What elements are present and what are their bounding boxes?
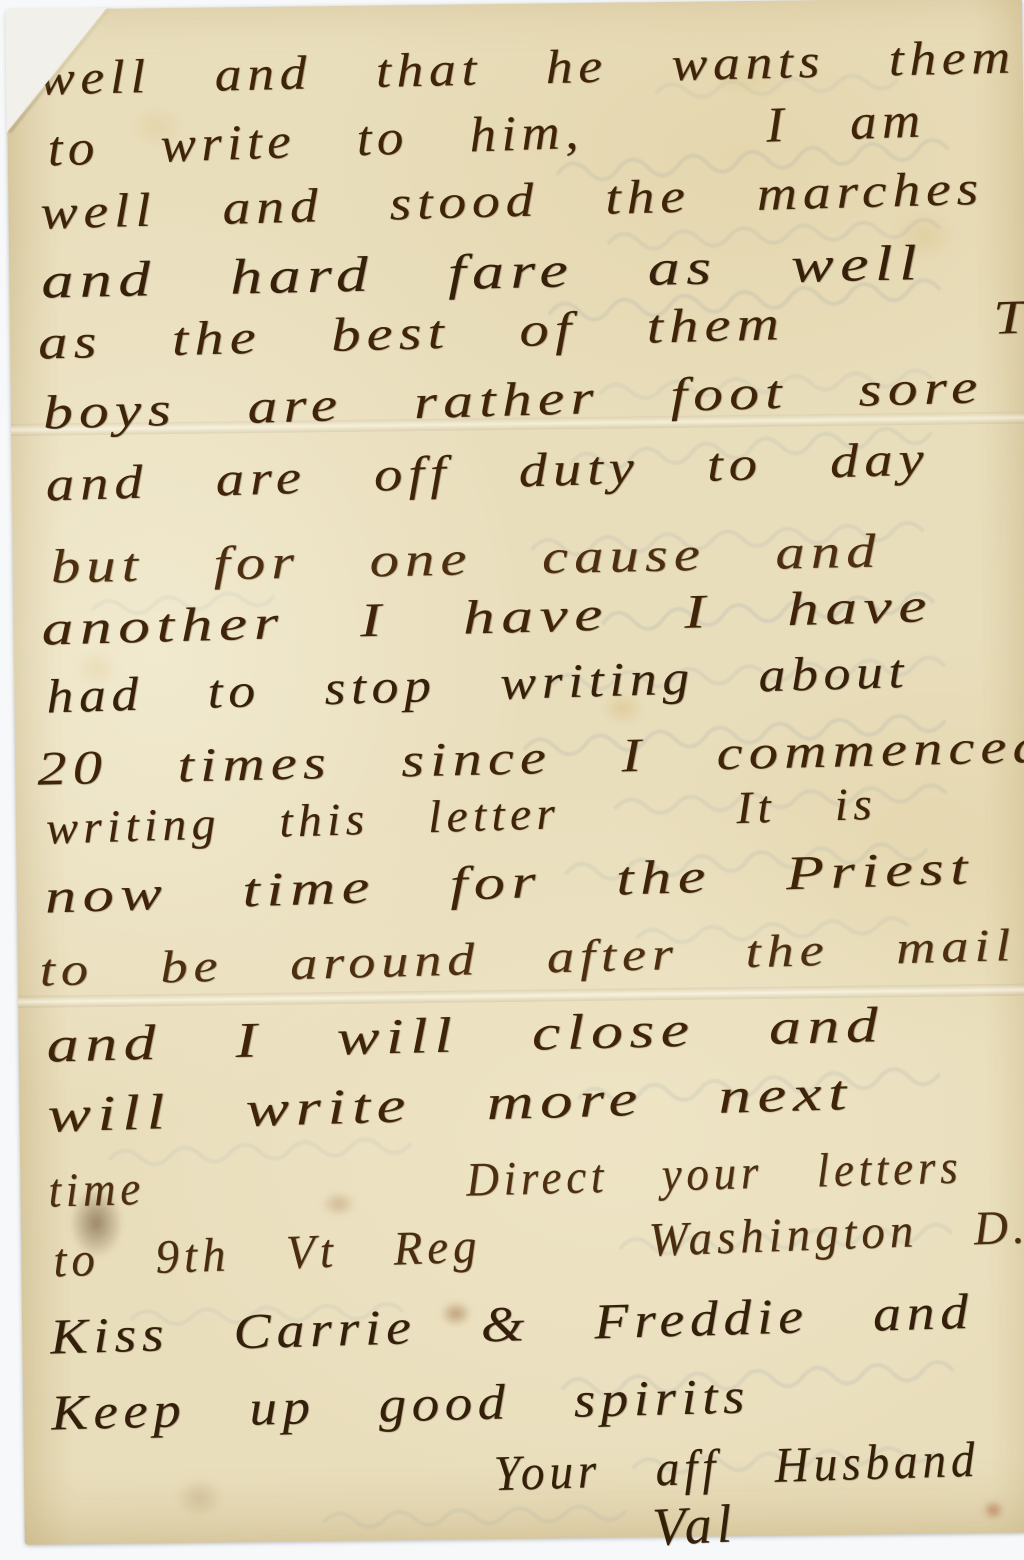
scan-background: well and that he wants them to write to … <box>0 0 1024 1560</box>
letter-page: well and that he wants them to write to … <box>6 0 1024 1545</box>
closing-line: Your aff Husband <box>493 1434 980 1498</box>
signature: Val <box>651 1496 737 1554</box>
